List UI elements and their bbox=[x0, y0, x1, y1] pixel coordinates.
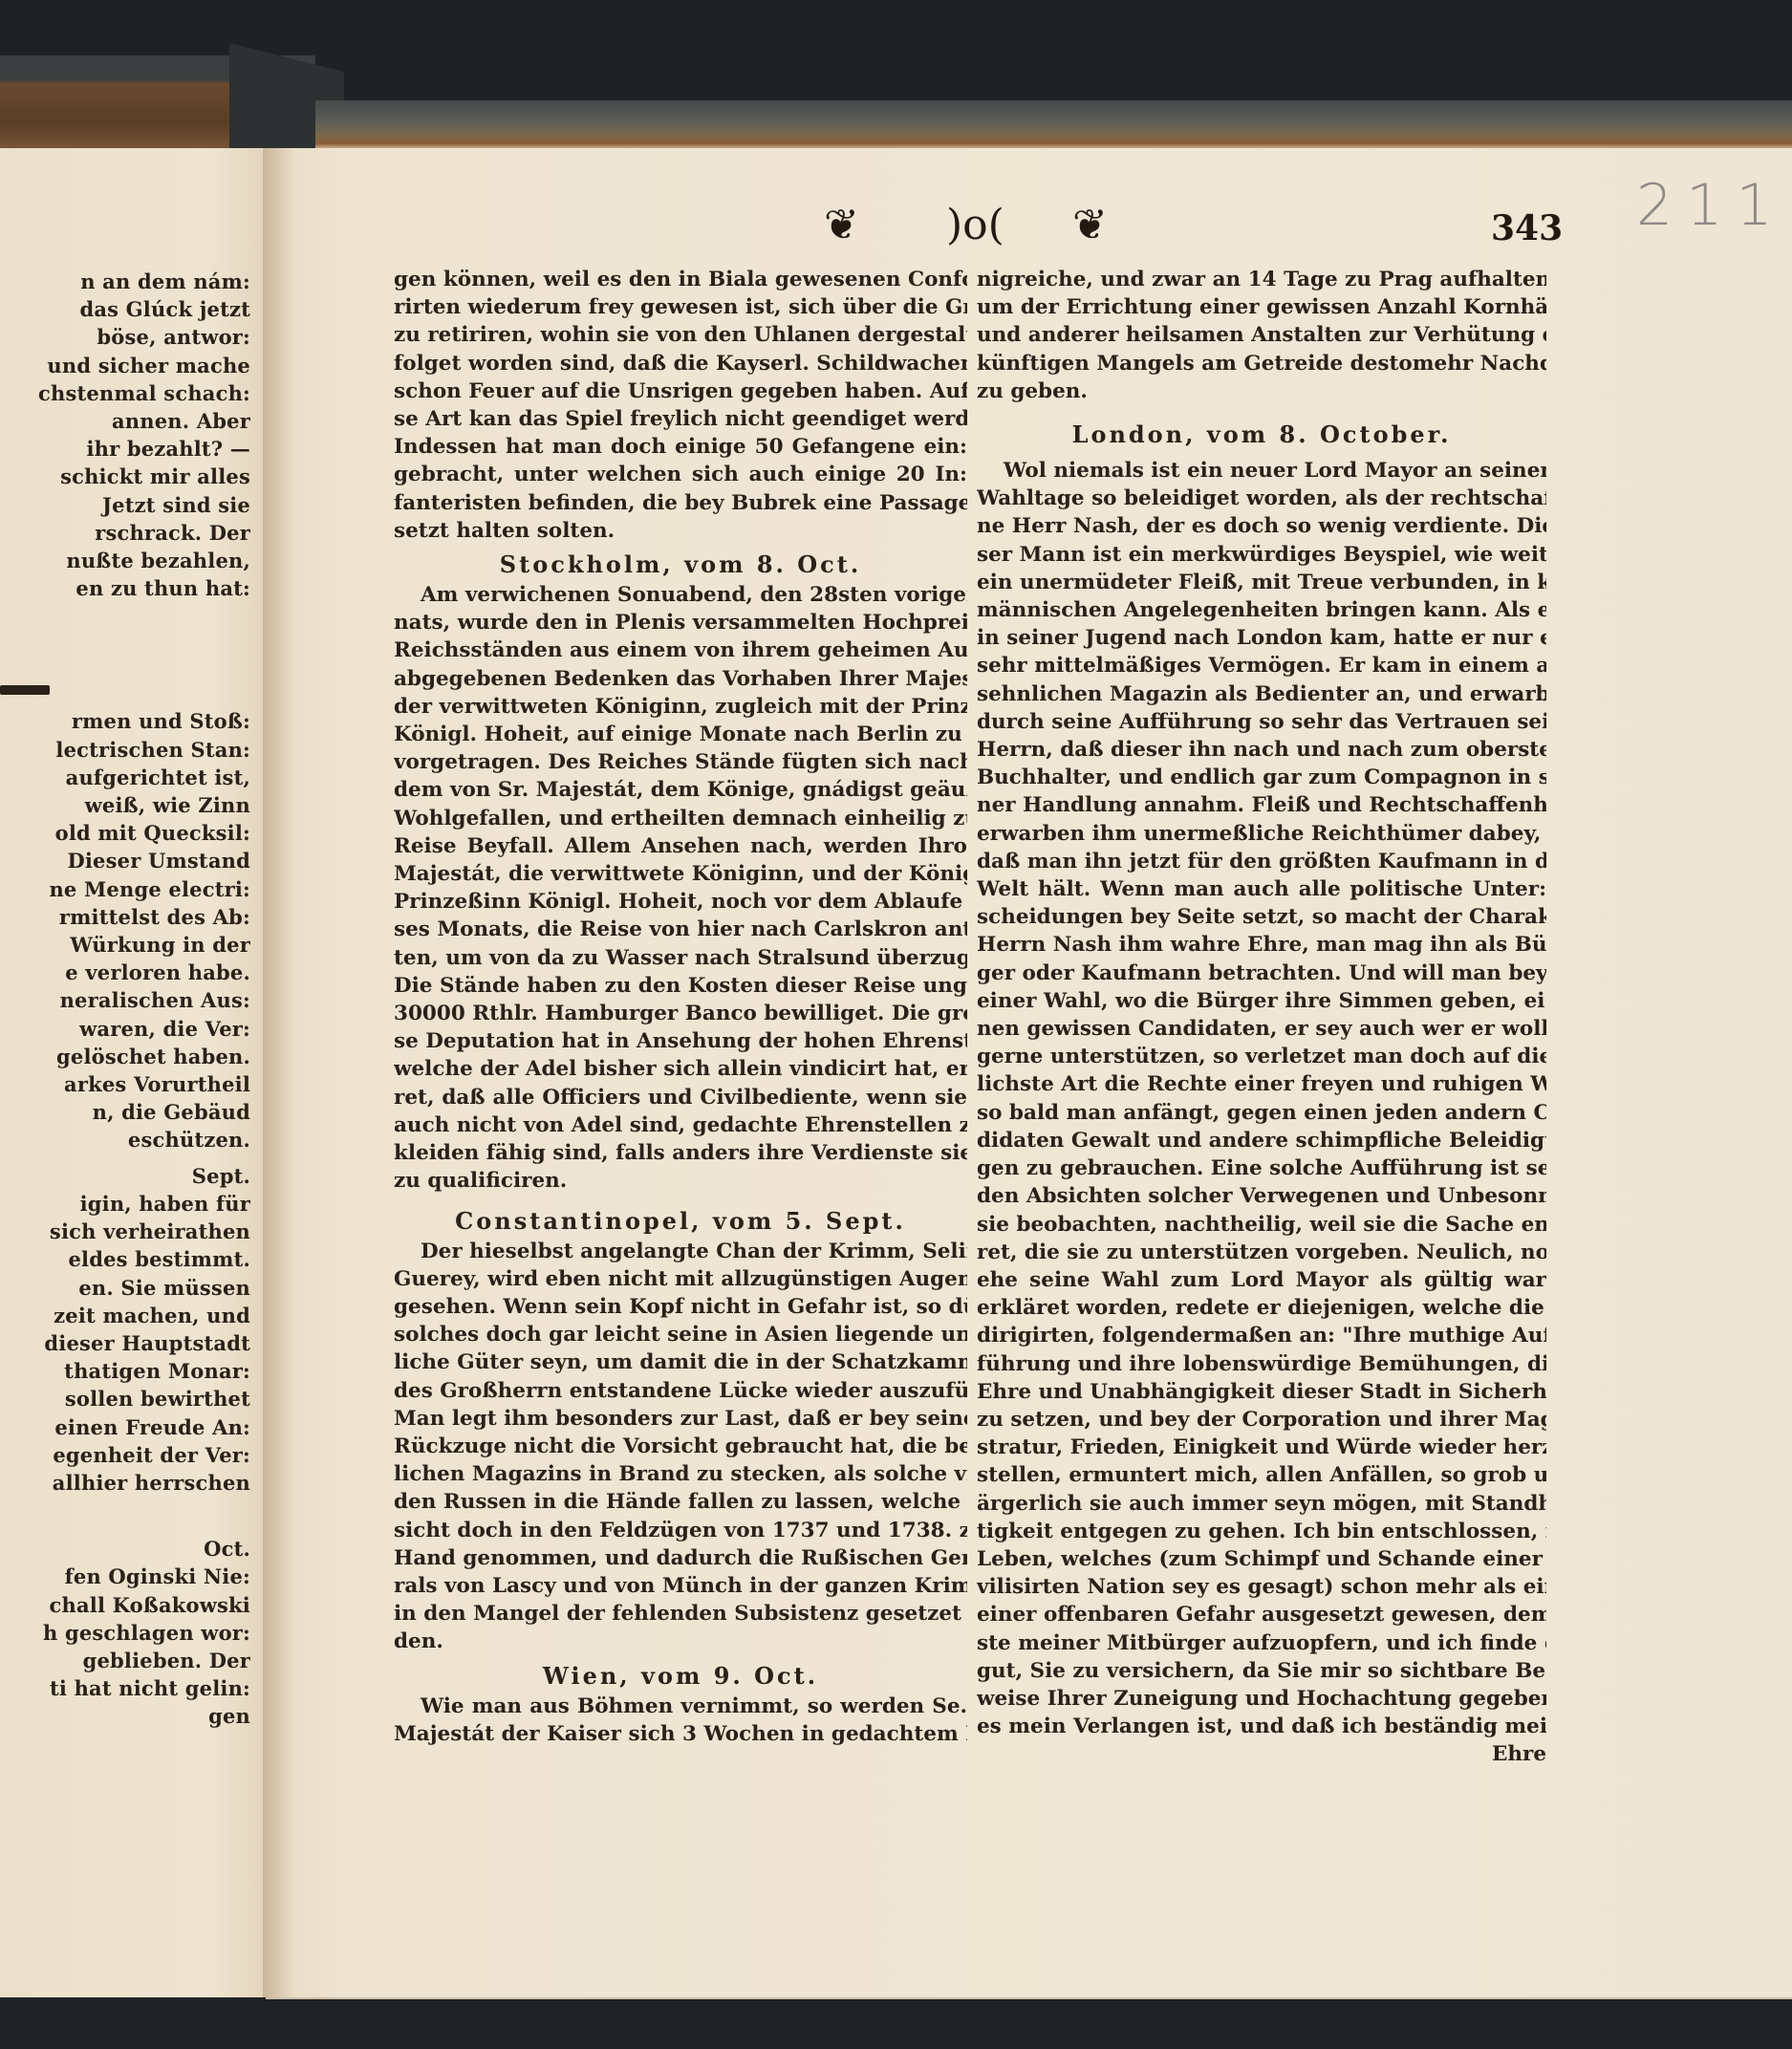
fragment-line: gelöschet haben. bbox=[0, 1043, 250, 1070]
text-line: ser Mann ist ein merkwürdiges Beyspiel, … bbox=[977, 541, 1546, 569]
text-line: dirigirten, folgendermaßen an: "Ihre mut… bbox=[977, 1322, 1546, 1349]
fragment-line: Jetzt sind sie bbox=[0, 491, 250, 519]
page-number: 343 bbox=[1491, 208, 1563, 248]
fragment-line: n an dem nám: bbox=[0, 268, 250, 295]
fragment-line: zeit machen, und bbox=[0, 1302, 250, 1329]
text-line: sehr mittelmäßiges Vermögen. Er kam in e… bbox=[977, 652, 1546, 679]
text-line: Majestát, die verwittwete Königinn, und … bbox=[394, 860, 967, 888]
article-dateline: Wien, vom 9. Oct. bbox=[394, 1660, 967, 1693]
column-left: gen können, weil es den in Biala gewesen… bbox=[394, 266, 967, 1748]
text-line: zu retiriren, wohin sie von den Uhlanen … bbox=[394, 321, 967, 349]
text-line: stratur, Frieden, Einigkeit und Würde wi… bbox=[977, 1434, 1546, 1461]
text-line: welche der Adel bisher sich allein vindi… bbox=[394, 1055, 967, 1083]
text-line: gut, Sie zu versichern, da Sie mir so si… bbox=[977, 1657, 1546, 1685]
catchword: Ehre bbox=[977, 1740, 1546, 1768]
text-line: gen zu gebrauchen. Eine solche Aufführun… bbox=[977, 1154, 1546, 1182]
text-line: vilisirten Nation sey es gesagt) schon m… bbox=[977, 1573, 1546, 1601]
fragment-line: allhier herrschen bbox=[0, 1469, 250, 1497]
fragment-line: arkes Vorurtheil bbox=[0, 1070, 250, 1098]
text-line: daß man ihn jetzt für den größten Kaufma… bbox=[977, 848, 1546, 875]
pencil-archive-number: 211 bbox=[1636, 172, 1786, 239]
fragment-line: en zu thun hat: bbox=[0, 574, 250, 602]
shell-ornament-icon: ❦ bbox=[1072, 205, 1108, 247]
fragment-line: Sept. bbox=[0, 1162, 250, 1190]
text-line: so bald man anfängt, gegen einen jeden a… bbox=[977, 1099, 1546, 1127]
text-line: auch nicht von Adel sind, gedachte Ehren… bbox=[394, 1111, 967, 1139]
text-line: ein unermüdeter Fleiß, mit Treue verbund… bbox=[977, 569, 1546, 596]
fragment-line: sollen bewirthet bbox=[0, 1385, 250, 1413]
text-line: nen gewissen Candidaten, er sey auch wer… bbox=[977, 1015, 1546, 1043]
fragment-line: aufgerichtet ist, bbox=[0, 764, 250, 791]
fragment-line: chstenmal schach: bbox=[0, 379, 250, 407]
text-line: ret, daß alle Officiers und Civilbedient… bbox=[394, 1084, 967, 1111]
fragment-line: Würkung in der bbox=[0, 931, 250, 959]
text-line: rirten wiederum frey gewesen ist, sich ü… bbox=[394, 293, 967, 321]
text-line: Man legt ihm besonders zur Last, daß er … bbox=[394, 1405, 967, 1433]
spacer bbox=[0, 1154, 250, 1162]
text-line: erwarben ihm unermeßliche Reichthümer da… bbox=[977, 820, 1546, 848]
column-right: nigreiche, und zwar an 14 Tage zu Prag a… bbox=[977, 266, 1546, 1769]
text-line: gesehen. Wenn sein Kopf nicht in Gefahr … bbox=[394, 1293, 967, 1321]
spacer bbox=[394, 1196, 967, 1201]
text-line: se Art kan das Spiel freylich nicht geen… bbox=[394, 405, 967, 433]
text-line: ehe seine Wahl zum Lord Mayor als gültig… bbox=[977, 1266, 1546, 1294]
fragment-line: böse, antwor: bbox=[0, 323, 250, 351]
text-line: scheidungen bey Seite setzt, so macht de… bbox=[977, 903, 1546, 931]
text-line: durch seine Aufführung so sehr das Vertr… bbox=[977, 708, 1546, 736]
fragment-line: und sicher mache bbox=[0, 352, 250, 379]
text-line: lichste Art die Rechte einer freyen und … bbox=[977, 1070, 1546, 1098]
text-line: Welt hält. Wenn man auch alle politische… bbox=[977, 875, 1546, 903]
text-line: fanteristen befinden, die bey Bubrek ein… bbox=[394, 489, 967, 517]
text-line: ne Herr Nash, der es doch so wenig verdi… bbox=[977, 512, 1546, 540]
fragment-line: igin, haben für bbox=[0, 1190, 250, 1218]
text-line: Die Stände haben zu den Kosten dieser Re… bbox=[394, 972, 967, 1000]
text-line: männischen Angelegenheiten bringen kann.… bbox=[977, 596, 1546, 624]
text-line: Herrn, daß dieser ihn nach und nach zum … bbox=[977, 736, 1546, 764]
fragment-line: n, die Gebäud bbox=[0, 1098, 250, 1126]
text-line: solches doch gar leicht seine in Asien l… bbox=[394, 1321, 967, 1348]
text-line: lichen Magazins in Brand zu stecken, als… bbox=[394, 1460, 967, 1488]
fragment-line: chall Koßakowski bbox=[0, 1591, 250, 1619]
right-book-edge bbox=[315, 100, 1792, 148]
spacer bbox=[0, 1497, 250, 1535]
text-line: zu qualificiren. bbox=[394, 1167, 967, 1195]
text-line: kleiden fähig sind, falls anders ihre Ve… bbox=[394, 1139, 967, 1167]
text-line: künftigen Mangels am Getreide destomehr … bbox=[977, 350, 1546, 377]
text-line: in seiner Jugend nach London kam, hatte … bbox=[977, 624, 1546, 652]
text-line: Buchhalter, und endlich gar zum Compagno… bbox=[977, 764, 1546, 791]
text-line: schon Feuer auf die Unsrigen gegeben hab… bbox=[394, 377, 967, 405]
spacer bbox=[977, 405, 1546, 415]
text-line: ret, die sie zu unterstützen vorgeben. N… bbox=[977, 1239, 1546, 1266]
text-line: Ehre und Unabhängigkeit dieser Stadt in … bbox=[977, 1378, 1546, 1406]
fragment-line: fen Oginski Nie: bbox=[0, 1563, 250, 1590]
text-line: Der hieselbst angelangte Chan der Krimm,… bbox=[394, 1238, 967, 1265]
fragment-line: ti hat nicht gelin: bbox=[0, 1674, 250, 1702]
fragment-line: das Glúck jetzt bbox=[0, 295, 250, 323]
text-line: Wahltage so beleidiget worden, als der r… bbox=[977, 485, 1546, 512]
fragment-line: rschrack. Der bbox=[0, 519, 250, 547]
text-line: Majestát der Kaiser sich 3 Wochen in ged… bbox=[394, 1720, 967, 1748]
text-line: führung und ihre lobenswürdige Bemühunge… bbox=[977, 1350, 1546, 1378]
text-line: vorgetragen. Des Reiches Stände fügten s… bbox=[394, 748, 967, 776]
fragment-line: waren, die Ver: bbox=[0, 1015, 250, 1043]
fragment-line: weiß, wie Zinn bbox=[0, 791, 250, 819]
text-line: tigkeit entgegen zu gehen. Ich bin entsc… bbox=[977, 1518, 1546, 1545]
text-line: Reichsständen aus einem von ihrem geheim… bbox=[394, 636, 967, 664]
fragment-line: geblieben. Der bbox=[0, 1647, 250, 1674]
gutter-shadow bbox=[266, 148, 294, 1997]
fragment-line: rmittelst des Ab: bbox=[0, 903, 250, 931]
text-line: nigreiche, und zwar an 14 Tage zu Prag a… bbox=[977, 266, 1546, 293]
fragment-line: einen Freude An: bbox=[0, 1413, 250, 1441]
fragment-line: Oct. bbox=[0, 1535, 250, 1563]
text-line: Rückzuge nicht die Vorsicht gebraucht ha… bbox=[394, 1433, 967, 1460]
text-line: ste meiner Mitbürger aufzuopfern, und ic… bbox=[977, 1629, 1546, 1657]
text-line: ner Handlung annahm. Fleiß und Rechtscha… bbox=[977, 791, 1546, 819]
fragment-line: en. Sie müssen bbox=[0, 1274, 250, 1302]
text-line: abgegebenen Bedenken das Vorhaben Ihrer … bbox=[394, 665, 967, 693]
text-line: folget worden sind, daß die Kayserl. Sch… bbox=[394, 350, 967, 377]
fragment-line: h geschlagen wor: bbox=[0, 1619, 250, 1647]
text-line: rals von Lascy und von Münch in der ganz… bbox=[394, 1572, 967, 1600]
text-line: den Absichten solcher Verwegenen und Unb… bbox=[977, 1182, 1546, 1210]
text-line: es mein Verlangen ist, und daß ich bestä… bbox=[977, 1713, 1546, 1740]
text-line: ten, um von da zu Wasser nach Stralsund … bbox=[394, 944, 967, 972]
fragment-line: nußte bezahlen, bbox=[0, 547, 250, 574]
text-line: einer Wahl, wo die Bürger ihre Simmen ge… bbox=[977, 987, 1546, 1015]
text-line: stellen, ermuntert mich, allen Anfällen,… bbox=[977, 1461, 1546, 1489]
text-line: zu geben. bbox=[977, 377, 1546, 405]
text-line: weise Ihrer Zuneigung und Hochachtung ge… bbox=[977, 1685, 1546, 1713]
text-line: Indessen hat man doch einige 50 Gefangen… bbox=[394, 433, 967, 461]
text-line: erkläret worden, redete er diejenigen, w… bbox=[977, 1294, 1546, 1322]
text-line: einer offenbaren Gefahr ausgesetzt gewes… bbox=[977, 1601, 1546, 1628]
fragment-line: neralischen Aus: bbox=[0, 986, 250, 1014]
text-line: gebracht, unter welchen sich auch einige… bbox=[394, 461, 967, 488]
text-line: liche Güter seyn, um damit die in der Sc… bbox=[394, 1348, 967, 1376]
article-dateline: Stockholm, vom 8. Oct. bbox=[394, 549, 967, 581]
fragment-line: gen bbox=[0, 1702, 250, 1730]
fragment-line: ihr bezahlt? — bbox=[0, 435, 250, 463]
fragment-line: Dieser Umstand bbox=[0, 847, 250, 874]
text-line: gen können, weil es den in Biala gewesen… bbox=[394, 266, 967, 293]
text-line: dem von Sr. Majestát, dem Könige, gnádig… bbox=[394, 776, 967, 804]
text-line: didaten Gewalt und andere schimpfliche B… bbox=[977, 1127, 1546, 1154]
fragment-line: egenheit der Ver: bbox=[0, 1441, 250, 1469]
fragment-line: eschützen. bbox=[0, 1126, 250, 1154]
text-line: Herrn Nash ihm wahre Ehre, man mag ihn a… bbox=[977, 931, 1546, 959]
fragment-line: rmen und Stoß: bbox=[0, 707, 250, 735]
fragment-line: ne Menge electri: bbox=[0, 875, 250, 903]
text-line: ärgerlich sie auch immer seyn mögen, mit… bbox=[977, 1490, 1546, 1518]
text-line: um der Errichtung einer gewissen Anzahl … bbox=[977, 293, 1546, 321]
text-line: sehnlichen Magazin als Bedienter an, und… bbox=[977, 680, 1546, 708]
shell-ornament-icon: ❦ bbox=[824, 205, 859, 247]
fragment-line: e verloren habe. bbox=[0, 959, 250, 986]
section-rule bbox=[0, 685, 50, 695]
text-line: in den Mangel der fehlenden Subsistenz g… bbox=[394, 1600, 967, 1628]
fragment-line: schickt mir alles bbox=[0, 463, 250, 490]
text-line: setzt halten solten. bbox=[394, 517, 967, 545]
text-line: ses Monats, die Reise von hier nach Carl… bbox=[394, 916, 967, 943]
text-line: Hand genommen, und dadurch die Rußischen… bbox=[394, 1544, 967, 1572]
text-line: 30000 Rthlr. Hamburger Banco bewilliget.… bbox=[394, 1000, 967, 1027]
text-line: des Großherrn entstandene Lücke wieder a… bbox=[394, 1377, 967, 1405]
text-line: Leben, welches (zum Schimpf und Schande … bbox=[977, 1545, 1546, 1573]
text-line: Reise Beyfall. Allem Ansehen nach, werde… bbox=[394, 832, 967, 860]
text-line: den Russen in die Hände fallen zu lassen… bbox=[394, 1488, 967, 1516]
text-line: Wol niemals ist ein neuer Lord Mayor an … bbox=[977, 457, 1546, 485]
text-line: gerne unterstützen, so verletzet man doc… bbox=[977, 1043, 1546, 1070]
left-page-text: n an dem nám:das Glúck jetztböse, antwor… bbox=[0, 268, 250, 1731]
text-line: der verwittweten Königinn, zugleich mit … bbox=[394, 693, 967, 721]
fragment-line: lectrischen Stan: bbox=[0, 736, 250, 764]
article-dateline: Constantinopel, vom 5. Sept. bbox=[394, 1205, 967, 1238]
text-line: nats, wurde den in Plenis versammelten H… bbox=[394, 609, 967, 636]
text-line: sie beobachten, nachtheilig, weil sie di… bbox=[977, 1211, 1546, 1239]
fragment-line: sich verheirathen bbox=[0, 1218, 250, 1245]
fragment-line: old mit Quecksil: bbox=[0, 819, 250, 847]
text-line: zu setzen, und bey der Corporation und i… bbox=[977, 1406, 1546, 1434]
text-line: sicht doch in den Feldzügen von 1737 und… bbox=[394, 1517, 967, 1544]
text-line: Guerey, wird eben nicht mit allzugünstig… bbox=[394, 1265, 967, 1293]
text-line: ger oder Kaufmann betrachten. Und will m… bbox=[977, 960, 1546, 987]
fragment-line: eldes bestimmt. bbox=[0, 1245, 250, 1273]
text-line: den. bbox=[394, 1628, 967, 1655]
text-line: Königl. Hoheit, auf einige Monate nach B… bbox=[394, 721, 967, 748]
text-line: Am verwichenen Sonuabend, den 28sten vor… bbox=[394, 581, 967, 609]
fragment-line: thatigen Monar: bbox=[0, 1357, 250, 1385]
text-line: Wohlgefallen, und ertheilten demnach ein… bbox=[394, 805, 967, 832]
text-line: und anderer heilsamen Anstalten zur Verh… bbox=[977, 321, 1546, 349]
text-line: Wie man aus Böhmen vernimmt, so werden S… bbox=[394, 1693, 967, 1720]
text-line: Prinzeßinn Königl. Hoheit, noch vor dem … bbox=[394, 888, 967, 916]
fragment-line: annen. Aber bbox=[0, 407, 250, 435]
article-dateline: London, vom 8. October. bbox=[977, 419, 1546, 451]
fragment-line: dieser Hauptstadt bbox=[0, 1329, 250, 1357]
divider-ornament-icon: )o( bbox=[946, 205, 1004, 247]
text-line: se Deputation hat in Ansehung der hohen … bbox=[394, 1027, 967, 1055]
